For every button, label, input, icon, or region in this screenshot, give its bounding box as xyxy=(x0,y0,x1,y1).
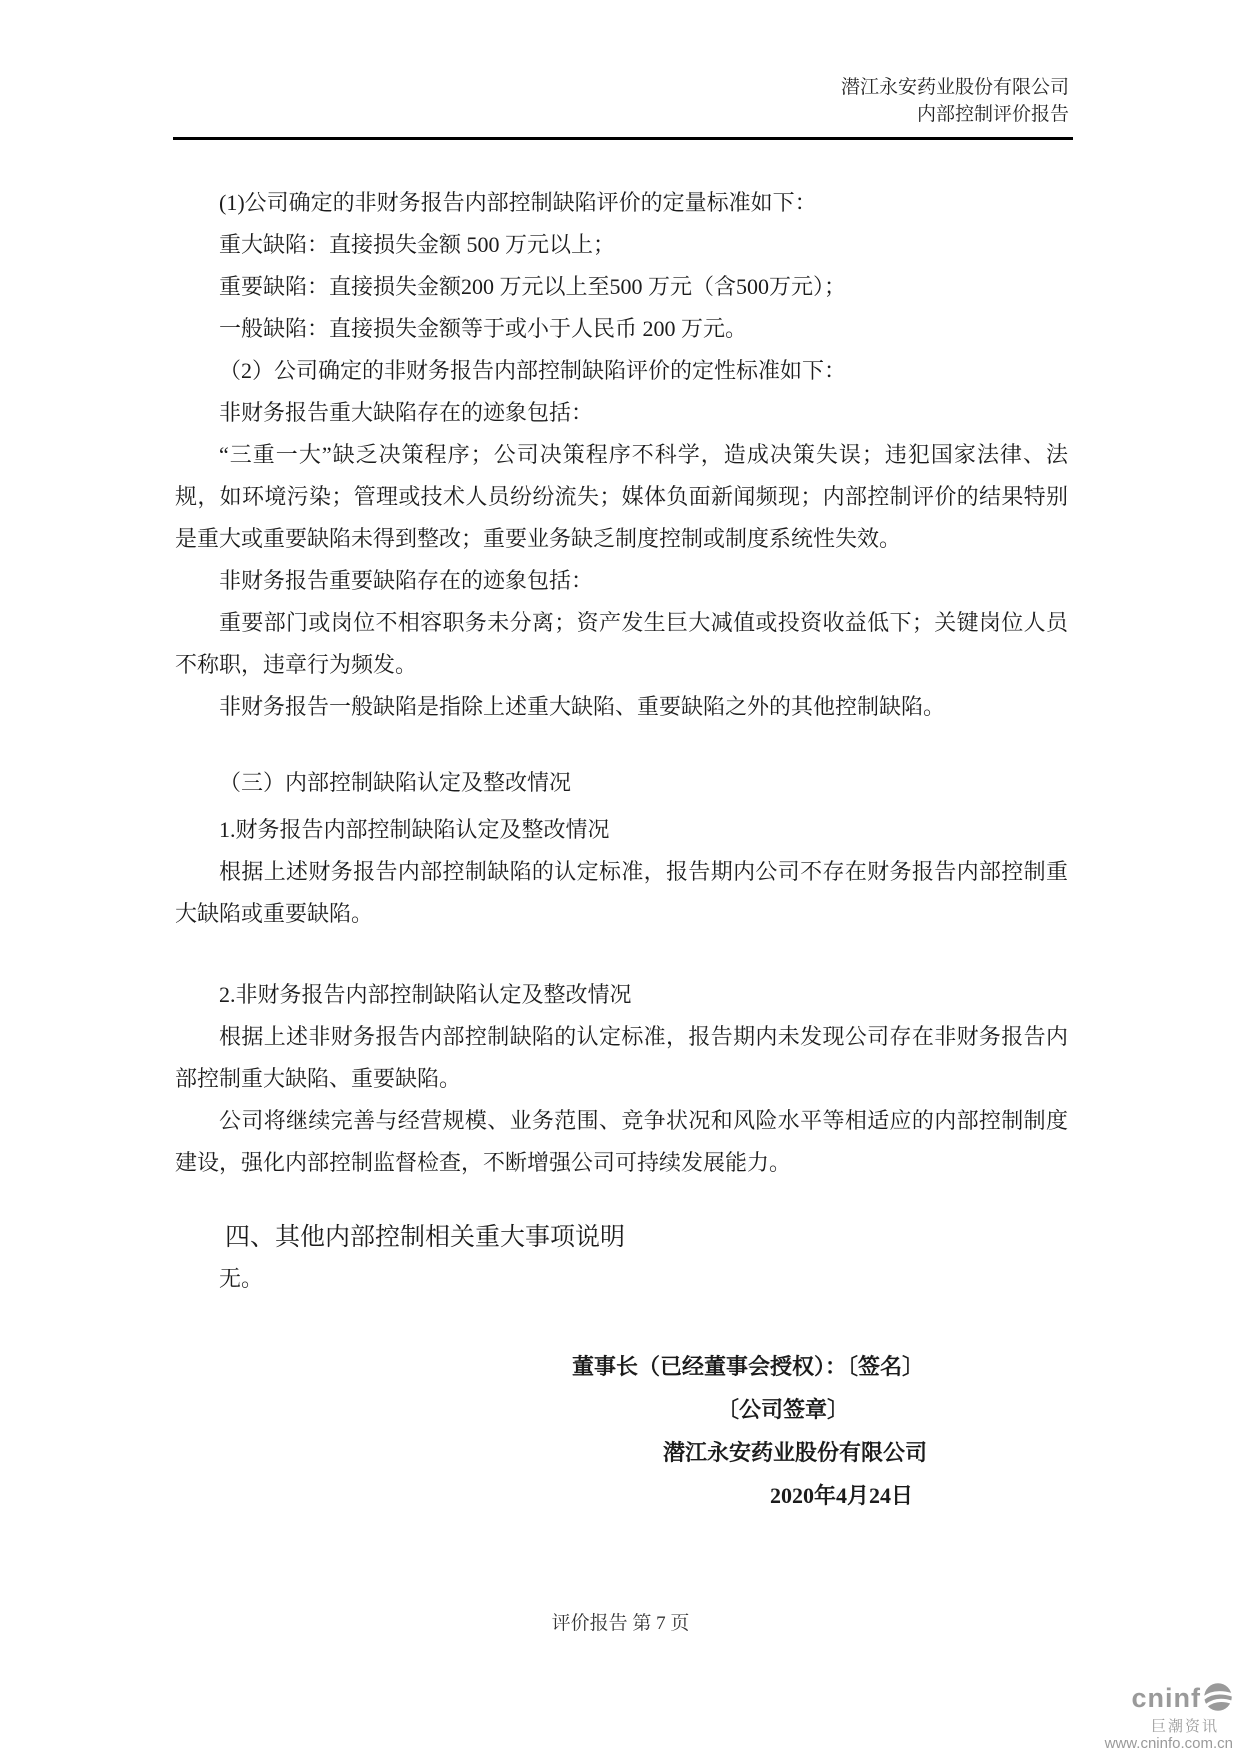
signature-company-seal-line: 〔公司签章〕 xyxy=(717,1388,1165,1431)
header-report-title: 内部控制评价报告 xyxy=(841,101,1069,128)
paragraph: 根据上述财务报告内部控制缺陷的认定标准，报告期内公司不存在财务报告内部控制重大缺… xyxy=(175,851,1068,935)
paragraph: 根据上述非财务报告内部控制缺陷的认定标准，报告期内未发现公司存在非财务报告内部控… xyxy=(175,1016,1068,1100)
paragraph: 重要部门或岗位不相容职务未分离；资产发生巨大减值或投资收益低下；关键岗位人员不称… xyxy=(175,602,1068,686)
signature-chairman-line: 董事长（已经董事会授权）：〔签名〕 xyxy=(572,1345,1165,1388)
header-company-name: 潜江永安药业股份有限公司 xyxy=(841,74,1069,101)
paragraph: （2）公司确定的非财务报告内部控制缺陷评价的定性标准如下： xyxy=(175,350,1068,392)
paragraph: 公司将继续完善与经营规模、业务范围、竞争状况和风险水平等相适应的内部控制制度建设… xyxy=(175,1100,1068,1184)
cninfo-brand-text: cninf xyxy=(1132,1684,1202,1714)
cninfo-globe-icon xyxy=(1203,1682,1233,1717)
cninfo-chinese-name: 巨潮资讯 xyxy=(1151,1719,1219,1736)
page-footer: 评价报告 第 7 页 xyxy=(0,1608,1241,1635)
cninfo-url: www.cninfo.com.cn xyxy=(1105,1736,1233,1753)
paragraph: 一般缺陷：直接损失金额等于或小于人民币 200 万元。 xyxy=(175,308,1068,350)
signature-date: 2020年4月24日 xyxy=(770,1474,1165,1517)
document-page: 潜江永安药业股份有限公司 内部控制评价报告 (1)公司确定的非财务报告内部控制缺… xyxy=(0,0,1241,1754)
paragraph: 无。 xyxy=(175,1258,1068,1300)
page-header: 潜江永安药业股份有限公司 内部控制评价报告 xyxy=(841,74,1069,128)
paragraph: (1)公司确定的非财务报告内部控制缺陷评价的定量标准如下： xyxy=(175,182,1068,224)
paragraph: 非财务报告重大缺陷存在的迹象包括： xyxy=(175,392,1068,434)
paragraph: 重要缺陷：直接损失金额200 万元以上至500 万元（含500万元）； xyxy=(175,266,1068,308)
heading-sub-1: 1.财务报告内部控制缺陷认定及整改情况 xyxy=(175,809,1068,851)
paragraph: 重大缺陷：直接损失金额 500 万元以上； xyxy=(175,224,1068,266)
header-rule xyxy=(173,137,1073,140)
paragraph: 非财务报告一般缺陷是指除上述重大缺陷、重要缺陷之外的其他控制缺陷。 xyxy=(175,686,1068,728)
signature-company-name: 潜江永安药业股份有限公司 xyxy=(663,1431,1165,1474)
signature-block: 董事长（已经董事会授权）：〔签名〕 〔公司签章〕 潜江永安药业股份有限公司 20… xyxy=(175,1345,1165,1517)
heading-section-4: 四、其他内部控制相关重大事项说明 xyxy=(175,1218,1068,1258)
paragraph: “三重一大”缺乏决策程序；公司决策程序不科学，造成决策失误；违犯国家法律、法规，… xyxy=(175,434,1068,560)
heading-section-3: （三）内部控制缺陷认定及整改情况 xyxy=(175,762,1068,804)
paragraph: 非财务报告重要缺陷存在的迹象包括： xyxy=(175,560,1068,602)
heading-sub-2: 2.非财务报告内部控制缺陷认定及整改情况 xyxy=(175,974,1068,1016)
cninfo-watermark: cninf 巨潮资讯 www.cninfo.com.cn xyxy=(1105,1682,1233,1753)
document-body: (1)公司确定的非财务报告内部控制缺陷评价的定量标准如下： 重大缺陷：直接损失金… xyxy=(175,182,1068,1300)
